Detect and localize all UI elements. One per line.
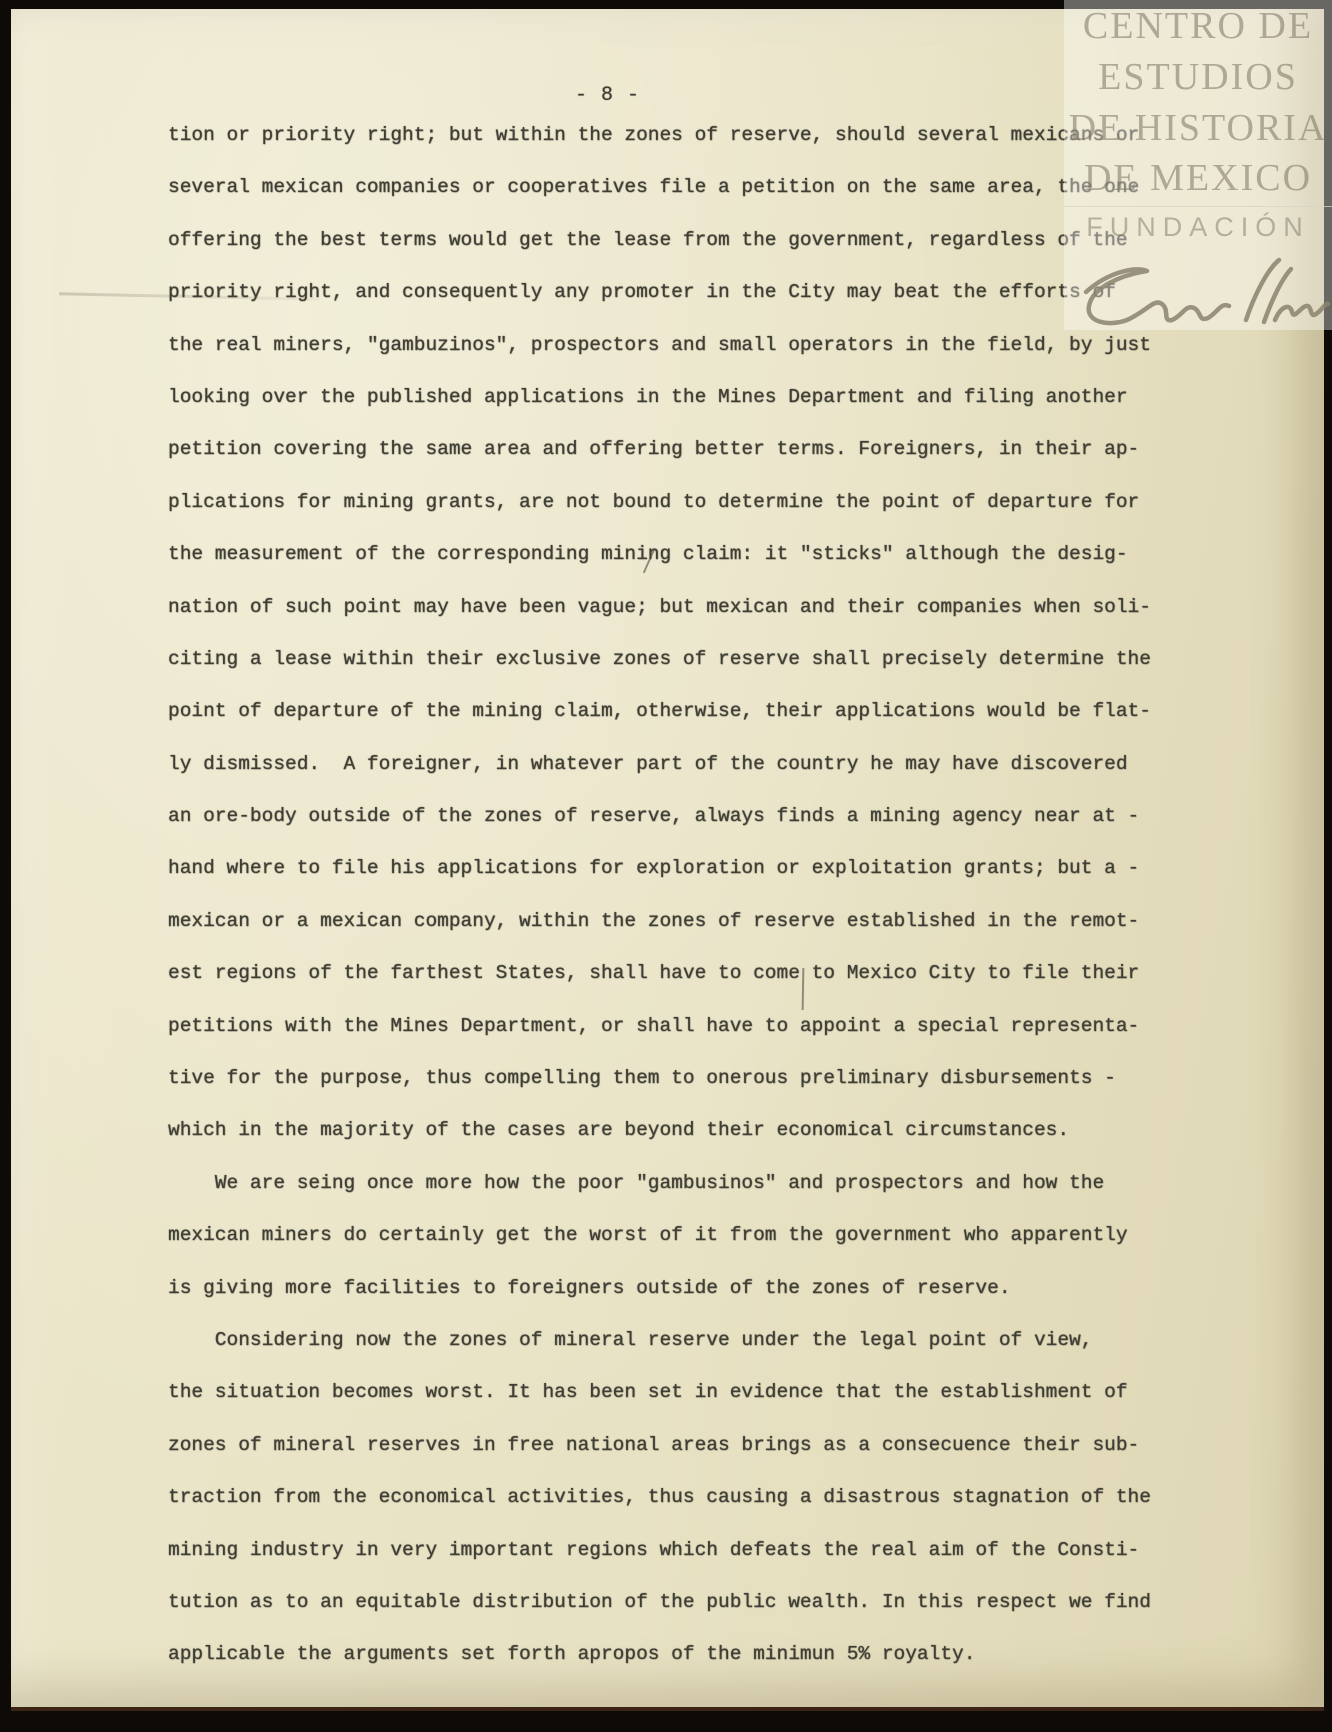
typed-line: priority right, and consequently any pro… (168, 266, 1178, 318)
typed-line: is giving more facilities to foreigners … (168, 1262, 1178, 1314)
typed-line: zones of mineral reserves in free nation… (168, 1419, 1178, 1471)
typed-line: an ore-body outside of the zones of rese… (168, 790, 1178, 842)
typed-line: tive for the purpose, thus compelling th… (168, 1052, 1178, 1104)
signature (1050, 254, 1330, 349)
typed-line: nation of such point may have been vague… (168, 581, 1178, 633)
typed-line: petitions with the Mines Department, or … (168, 1000, 1178, 1052)
typed-line: hand where to file his applications for … (168, 842, 1178, 894)
page-number: - 8 - (575, 84, 640, 107)
typed-line: ly dismissed. A foreigner, in whatever p… (168, 738, 1178, 790)
typed-line: offering the best terms would get the le… (168, 214, 1178, 266)
watermark-foundation-label: FUNDACIÓN (1064, 212, 1332, 243)
typed-text-block: tion or priority right; but within the z… (168, 109, 1178, 1681)
typed-line: tution as to an equitable distribution o… (168, 1576, 1178, 1628)
watermark-line: CENTRO DE (1064, 4, 1332, 48)
typed-line: the measurement of the corresponding min… (168, 528, 1178, 580)
typed-line: several mexican companies or cooperative… (168, 161, 1178, 213)
typed-line: point of departure of the mining claim, … (168, 685, 1178, 737)
typed-line: mexican miners do certainly get the wors… (168, 1209, 1178, 1261)
typed-line: citing a lease within their exclusive zo… (168, 633, 1178, 685)
typed-line: applicable the arguments set forth aprop… (168, 1628, 1178, 1680)
scanned-document-page: - 8 - tion or priority right; but within… (0, 0, 1332, 1732)
typed-line: traction from the economical activities,… (168, 1471, 1178, 1523)
typed-line: We are seing once more how the poor "gam… (168, 1157, 1178, 1209)
watermark-line: DE HISTORIA (1064, 106, 1332, 150)
typed-line: looking over the published applications … (168, 371, 1178, 423)
watermark-line: ESTUDIOS (1064, 55, 1332, 99)
typed-line: mexican or a mexican company, within the… (168, 895, 1178, 947)
typed-line: plications for mining grants, are not bo… (168, 476, 1178, 528)
typed-line: which in the majority of the cases are b… (168, 1104, 1178, 1156)
typed-line: petition covering the same area and offe… (168, 423, 1178, 475)
typed-line: the real miners, "gambuzinos", prospecto… (168, 319, 1178, 371)
typed-line: Considering now the zones of mineral res… (168, 1314, 1178, 1366)
scan-artifact-line (1064, 206, 1332, 207)
typed-line: est regions of the farthest States, shal… (168, 947, 1178, 999)
typed-line: the situation becomes worst. It has been… (168, 1366, 1178, 1418)
typed-line: tion or priority right; but within the z… (168, 109, 1178, 161)
watermark-line: DE MEXICO (1064, 156, 1332, 200)
typed-line: mining industry in very important region… (168, 1524, 1178, 1576)
